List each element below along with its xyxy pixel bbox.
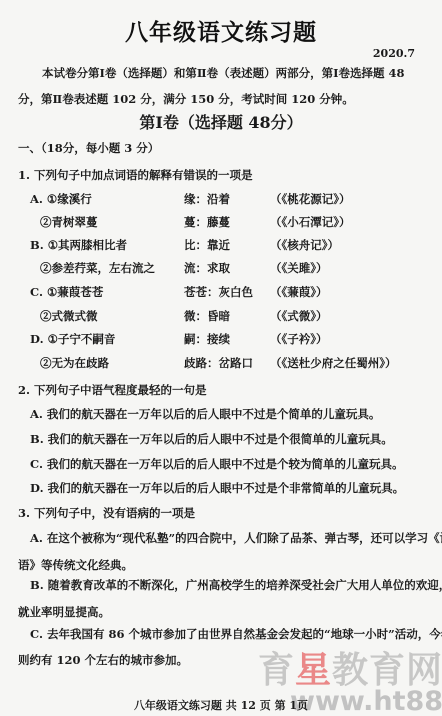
q3-option-b-line2: 就业率明显提高。 [18, 604, 110, 620]
watermark-star-text: 星 [295, 650, 332, 691]
q1-gloss: 缘：沿着 [184, 191, 230, 207]
q1-source: （《子衿》） [270, 331, 328, 347]
q3-option-c-line1: C. 去年我国有 86 个城市参加了由世界自然基金会发起的“地球一小时”活动，今… [30, 626, 442, 642]
exam-page: 八年级语文练习题 2020.7 本试卷分第Ⅰ卷（选择题）和第Ⅱ卷（表述题）两部分… [0, 0, 442, 716]
q1-source: （《送杜少府之任蜀州》） [270, 355, 397, 371]
q1-sentence: A. ①缘溪行 [30, 191, 92, 207]
q1-gloss: 流：求取 [184, 260, 230, 276]
q1-gloss: 蔓：藤蔓 [184, 214, 230, 230]
q1-row: A. ①缘溪行 缘：沿着 （《桃花源记》） [0, 191, 442, 211]
q1-source: （《式微》） [270, 308, 328, 324]
q1-sentence: ②无为在歧路 [40, 355, 109, 371]
q3-option-a-line1: A. 在这个被称为“现代私塾”的四合院中，人们除了品茶、弹古琴，还可以学习《论 [30, 530, 442, 546]
q3-option-a-line2: 语》等传统文化经典。 [18, 557, 133, 573]
q1-row: ②式微式微 微：昏暗 （《式微》） [0, 308, 442, 328]
q2-option-d: D. 我们的航天器在一万年以后的后人眼中不过是个非常简单的儿童玩具。 [30, 480, 404, 496]
watermark-text: 教育网 [332, 650, 442, 691]
q1-source: （《核舟记》） [270, 237, 339, 253]
q1-source: （《关雎》） [270, 260, 328, 276]
exam-date: 2020.7 [373, 47, 415, 60]
q1-gloss: 比：靠近 [184, 237, 230, 253]
q1-row: ②参差荇菜，左右流之 流：求取 （《关雎》） [0, 260, 442, 280]
q2-option-b: B. 我们的航天器在一万年以后的后人眼中不过是个很简单的儿童玩具。 [30, 431, 393, 447]
q1-sentence: B. ①其两膝相比者 [30, 237, 127, 253]
q1-row: C. ①蒹葭苍苍 苍苍：灰白色 （《蒹葭》） [0, 284, 442, 304]
question-1-stem: 1. 下列句子中加点词语的解释有错误的一项是 [18, 167, 253, 183]
q2-option-a: A. 我们的航天器在一万年以后的后人眼中不过是个简单的儿童玩具。 [30, 406, 380, 422]
q1-sentence: C. ①蒹葭苍苍 [30, 284, 103, 300]
exam-instructions: 本试卷分第Ⅰ卷（选择题）和第Ⅱ卷（表述题）两部分，第Ⅰ卷选择题 48 分，第Ⅱ卷… [18, 60, 428, 112]
q1-gloss: 嗣：接续 [184, 331, 230, 347]
q1-row: B. ①其两膝相比者 比：靠近 （《核舟记》） [0, 237, 442, 257]
q1-gloss: 歧路：岔路口 [184, 355, 253, 371]
section-title: 第Ⅰ卷（选择题 48分） [0, 110, 442, 133]
part-header: 一、（18分，每小题 3 分） [18, 140, 159, 156]
watermark-text: 育 [258, 650, 295, 691]
q1-source: （《蒹葭》） [270, 284, 328, 300]
q1-gloss: 苍苍：灰白色 [184, 284, 253, 300]
q1-sentence: D. ①子宁不嗣音 [30, 331, 115, 347]
q1-row: ②无为在歧路 歧路：岔路口 （《送杜少府之任蜀州》） [0, 355, 442, 375]
q3-option-b-line1: B. 随着教育改革的不断深化，广州高校学生的培养深受社会广大用人单位的欢迎， [30, 577, 442, 593]
q1-sentence: ②青树翠蔓 [40, 214, 98, 230]
q3-option-c-line2: 则约有 120 个左右的城市参加。 [18, 652, 188, 668]
q1-row: D. ①子宁不嗣音 嗣：接续 （《子衿》） [0, 331, 442, 351]
watermark-logo: 育星教育网 [258, 652, 442, 690]
exam-title: 八年级语文练习题 [0, 14, 442, 47]
q1-source: （《桃花源记》） [270, 191, 351, 207]
q1-sentence: ②式微式微 [40, 308, 98, 324]
q1-row: ②青树翠蔓 蔓：藤蔓 （《小石潭记》） [0, 214, 442, 234]
question-2-stem: 2. 下列句子中语气程度最轻的一句是 [18, 382, 207, 398]
page-footer: 八年级语文练习题 共 12 页 第 1页 [0, 697, 442, 713]
q2-option-c: C. 我们的航天器在一万年以后的后人眼中不过是个较为简单的儿童玩具。 [30, 456, 403, 472]
q1-source: （《小石潭记》） [270, 214, 351, 230]
question-3-stem: 3. 下列句子中，没有语病的一项是 [18, 505, 195, 521]
q1-gloss: 微：昏暗 [184, 308, 230, 324]
q1-sentence: ②参差荇菜，左右流之 [40, 260, 155, 276]
